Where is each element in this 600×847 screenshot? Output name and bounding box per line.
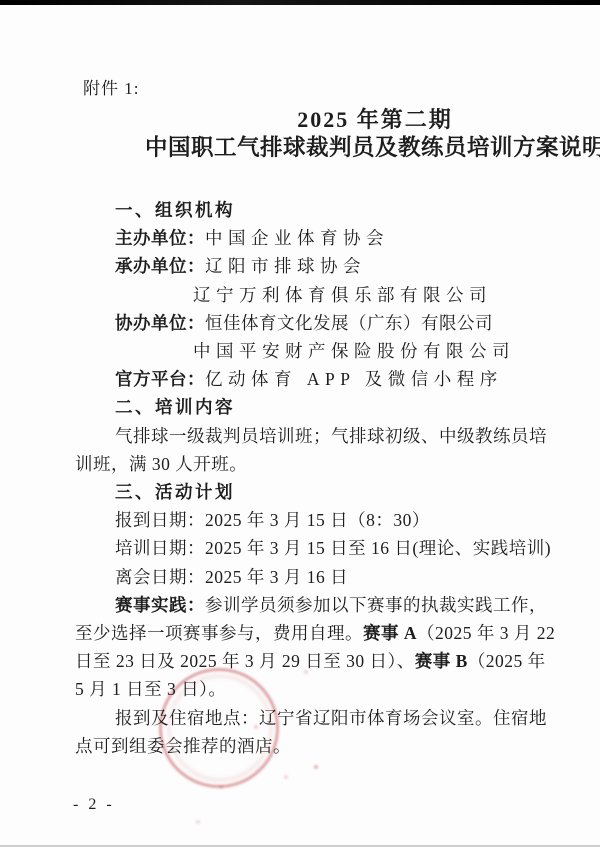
doc-text: 报到日期：2025 年 3 月 15 日（8：30） — [115, 510, 430, 530]
doc-line: 训班，满 30 人开班。 — [75, 450, 600, 478]
doc-line: 离会日期：2025 年 3 月 16 日 — [75, 563, 600, 591]
doc-line: 至少选择一项赛事参与，费用自理。赛事 A（2025 年 3 月 22 — [75, 619, 600, 647]
doc-text: 培训日期：2025 年 3 月 15 日至 16 日(理论、实践培训) — [115, 538, 551, 558]
attachment-label: 附件 1: — [83, 78, 600, 100]
doc-line: 气排球一级裁判员培训班；气排球初级、中级教练员培 — [75, 422, 600, 450]
doc-line: 培训日期：2025 年 3 月 15 日至 16 日(理论、实践培训) — [75, 534, 600, 562]
doc-text: 日至 23 日及 2025 年 3 月 29 日至 30 日）、 — [75, 651, 415, 671]
doc-line: 日至 23 日及 2025 年 3 月 29 日至 30 日）、赛事 B（202… — [75, 647, 600, 675]
doc-line: 三、活动计划 — [75, 478, 600, 506]
doc-line: 5 月 1 日至 3 日）。 — [75, 675, 600, 703]
doc-body: 一、组织机构主办单位：中国企业体育协会承办单位：辽阳市排球协会辽宁万利体育俱乐部… — [75, 196, 600, 760]
scan-edge-top — [0, 0, 600, 5]
doc-label: 一、组织机构 — [115, 200, 235, 220]
doc-text: 至少选择一项赛事参与，费用自理。 — [75, 623, 363, 643]
doc-text: 训班，满 30 人开班。 — [75, 454, 247, 474]
doc-text: 恒佳体育文化发展（广东）有限公司 — [205, 313, 493, 333]
doc-text: 5 月 1 日至 3 日）。 — [75, 679, 226, 699]
doc-text: （2025 年 — [468, 651, 546, 671]
doc-text: 中国平安财产保险股份有限公司 — [193, 341, 515, 361]
doc-line: 报到及住宿地点：辽宁省辽阳市体育场会议室。住宿地 — [75, 704, 600, 732]
document-title-line1: 2025 年第二期 — [75, 106, 600, 134]
doc-label: 承办单位： — [115, 256, 205, 276]
doc-line: 报到日期：2025 年 3 月 15 日（8：30） — [75, 506, 600, 534]
doc-line: 官方平台：亿动体育 APP 及微信小程序 — [75, 365, 600, 393]
page-number: - 2 - — [73, 796, 115, 814]
doc-line: 二、培训内容 — [75, 393, 600, 421]
doc-line: 中国平安财产保险股份有限公司 — [75, 337, 600, 365]
doc-line: 一、组织机构 — [75, 196, 600, 224]
doc-label: 二、培训内容 — [115, 397, 235, 417]
doc-line: 赛事实践：参训学员须参加以下赛事的执裁实践工作， — [75, 591, 600, 619]
doc-text: 气排球一级裁判员培训班；气排球初级、中级教练员培 — [115, 426, 547, 446]
doc-text: 辽宁万利体育俱乐部有限公司 — [193, 285, 492, 305]
document-content: 附件 1: 2025 年第二期 中国职工气排球裁判员及教练员培训方案说明 一、组… — [75, 78, 600, 760]
document-title-line2: 中国职工气排球裁判员及教练员培训方案说明 — [75, 134, 600, 162]
scanned-document-page: 附件 1: 2025 年第二期 中国职工气排球裁判员及教练员培训方案说明 一、组… — [0, 0, 600, 847]
doc-text: （2025 年 3 月 22 — [417, 623, 555, 643]
doc-label: 协办单位： — [115, 313, 205, 333]
doc-text: 报到及住宿地点：辽宁省辽阳市体育场会议室。住宿地 — [115, 708, 547, 728]
doc-text: 中国企业体育协会 — [205, 228, 389, 248]
doc-text: 亿动体育 APP 及微信小程序 — [205, 369, 503, 389]
doc-line: 协办单位：恒佳体育文化发展（广东）有限公司 — [75, 309, 600, 337]
doc-label: 赛事 B — [415, 651, 468, 671]
doc-label: 主办单位： — [115, 228, 205, 248]
doc-line: 点可到组委会推荐的酒店。 — [75, 732, 600, 760]
doc-label: 赛事 A — [363, 623, 417, 643]
doc-label: 三、活动计划 — [115, 482, 235, 502]
doc-line: 辽宁万利体育俱乐部有限公司 — [75, 281, 600, 309]
doc-text: 离会日期：2025 年 3 月 16 日 — [115, 567, 348, 587]
doc-text: 点可到组委会推荐的酒店。 — [75, 736, 291, 756]
doc-line: 主办单位：中国企业体育协会 — [75, 224, 600, 252]
doc-text: 辽阳市排球协会 — [205, 256, 366, 276]
doc-line: 承办单位：辽阳市排球协会 — [75, 252, 600, 280]
doc-text: 参训学员须参加以下赛事的执裁实践工作， — [205, 595, 547, 615]
doc-label: 赛事实践： — [115, 595, 205, 615]
doc-label: 官方平台： — [115, 369, 205, 389]
